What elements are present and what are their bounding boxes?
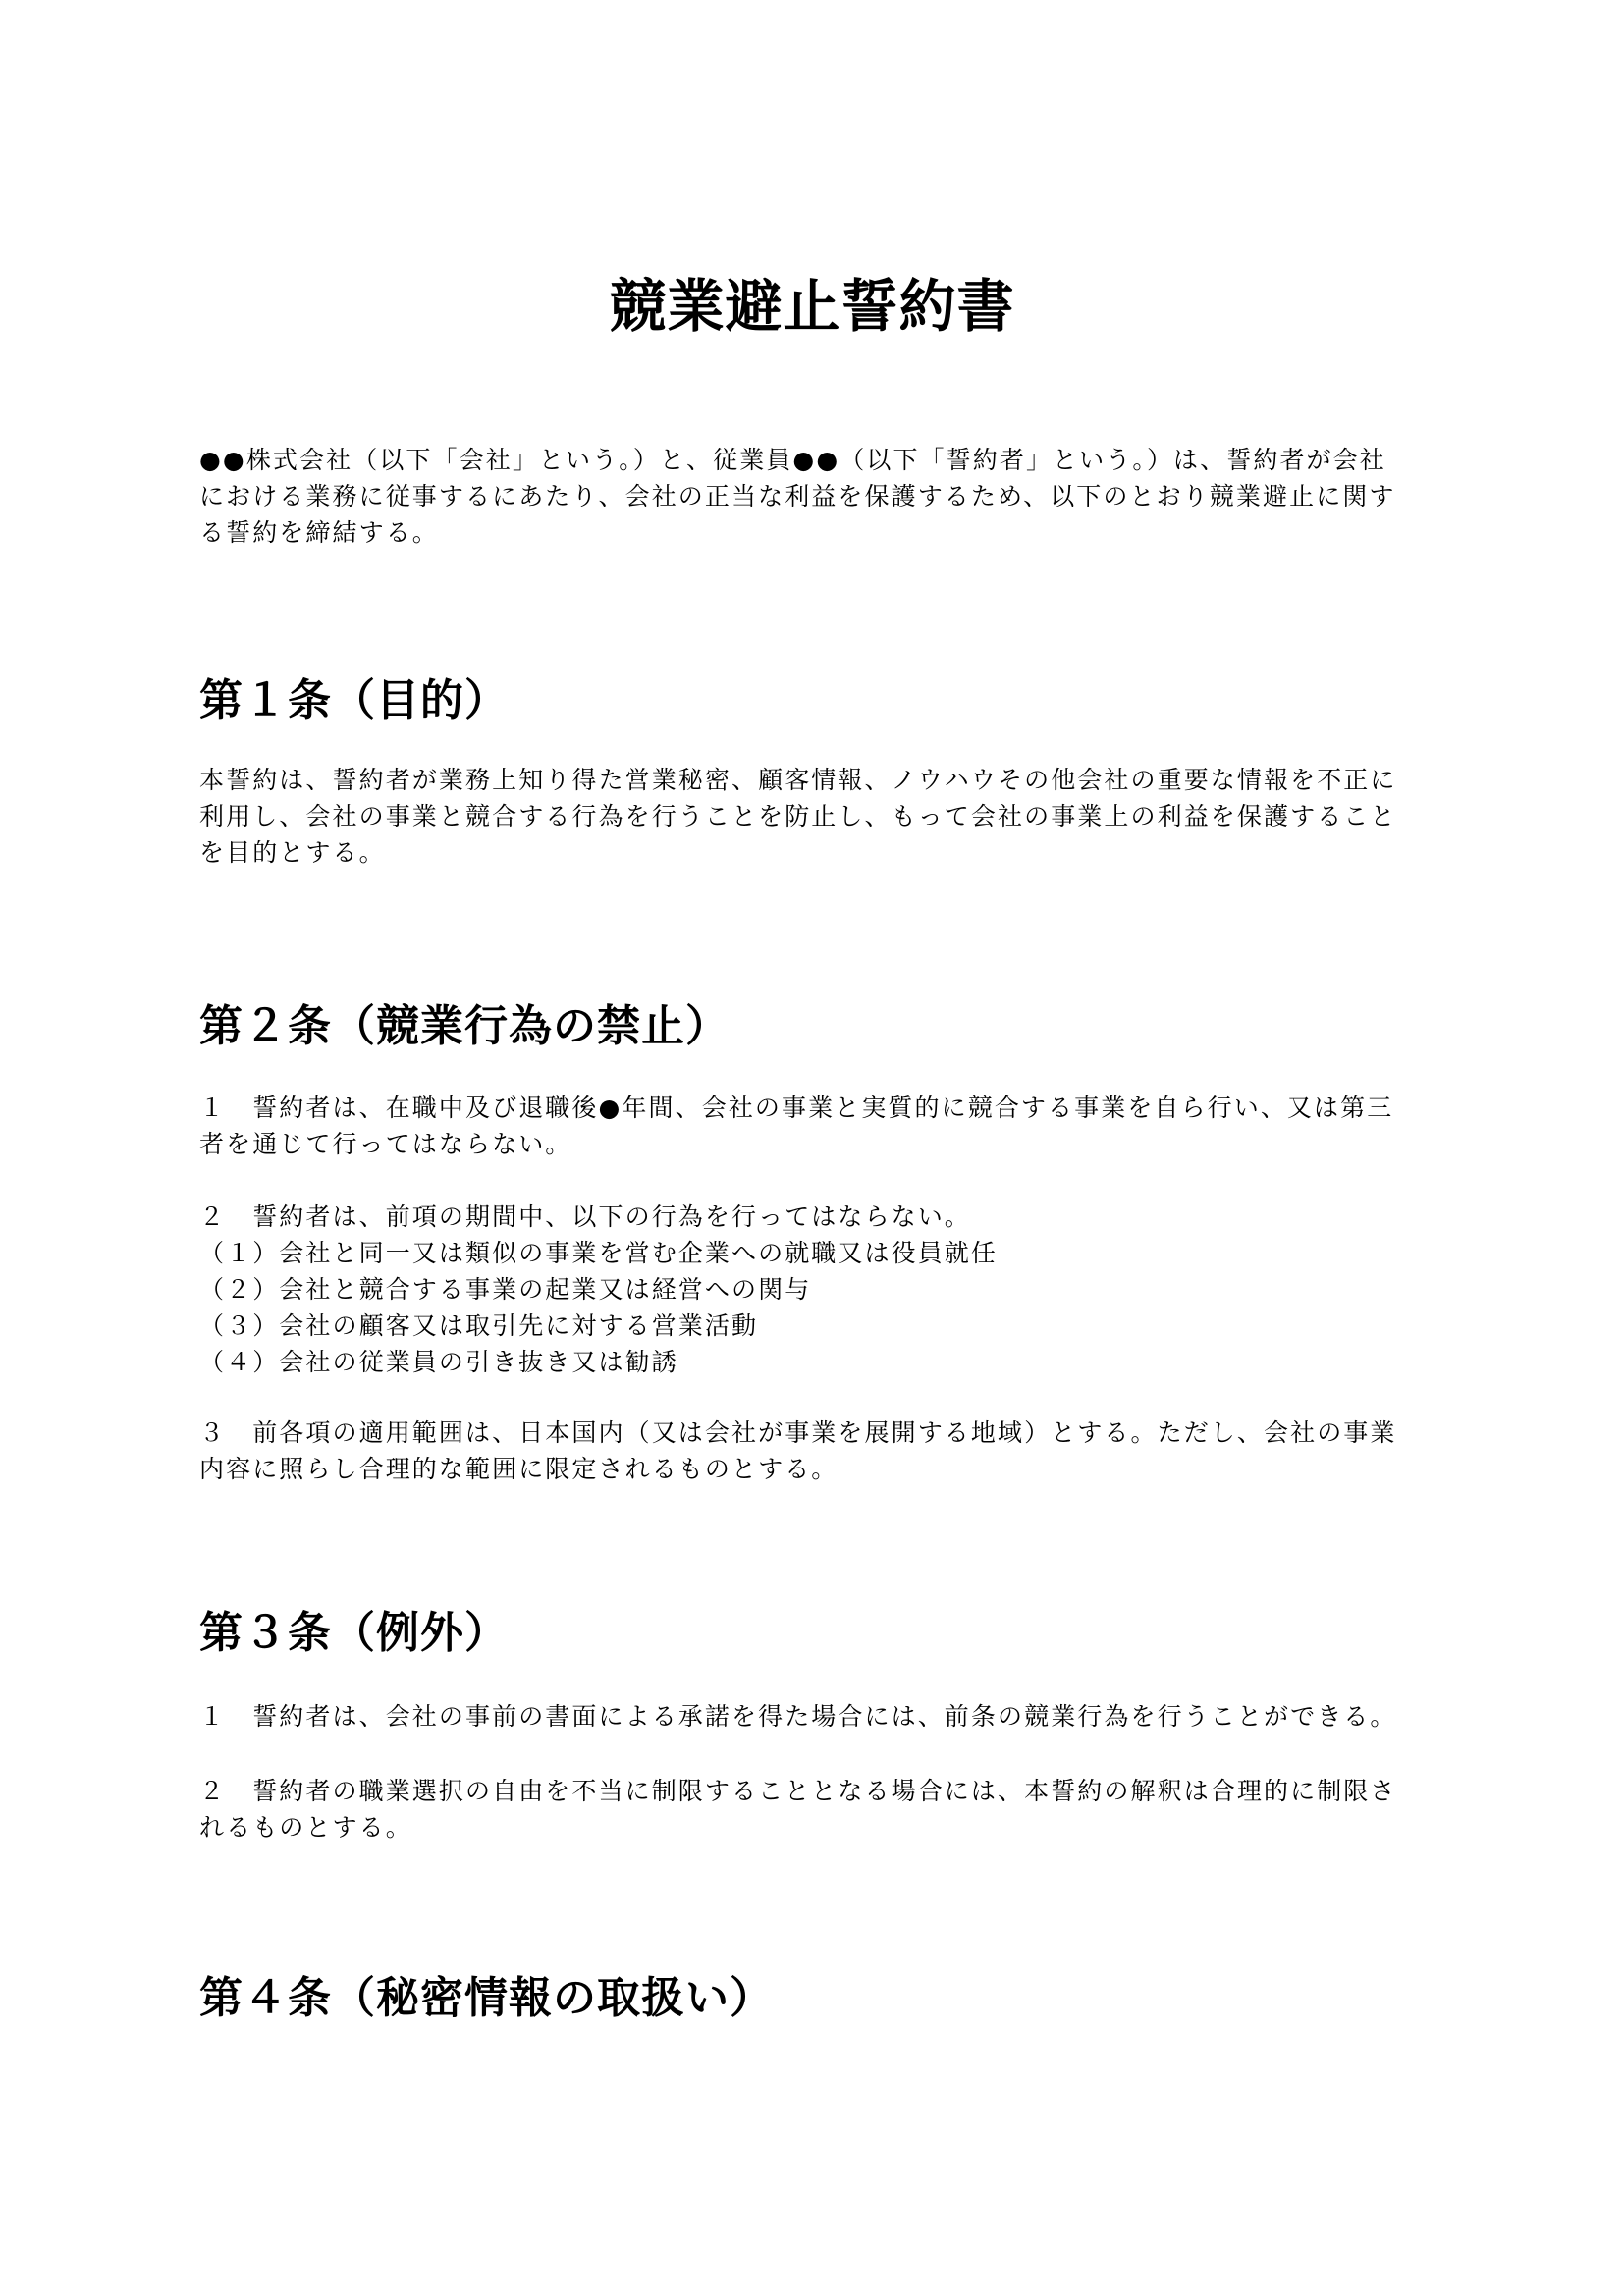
preamble-paragraph: ●●株式会社（以下「会社」という。）と、従業員●●（以下「誓約者」という。）は、… <box>199 442 1436 551</box>
article-2-paragraph-3: ３ 前各項の適用範囲は、日本国内（又は会社が事業を展開する地域）とする。ただし、… <box>199 1415 1436 1487</box>
article-2-paragraph-1: １ 誓約者は、在職中及び退職後●年間、会社の事業と実質的に競合する事業を自ら行い… <box>199 1090 1436 1162</box>
list-item: （４）会社の従業員の引き抜き又は勧誘 <box>199 1344 1436 1380</box>
article-1-heading: 第１条（目的） <box>199 671 509 730</box>
list-item: （３）会社の顧客又は取引先に対する営業活動 <box>199 1308 1436 1344</box>
article-2-heading: 第２条（競業行為の禁止） <box>199 997 730 1056</box>
article-4-heading: 第４条（秘密情報の取扱い） <box>199 1969 774 2028</box>
text-line: 利用し、会社の事業と競合する行為を行うことを防止し、もって会社の事業上の利益を保… <box>199 798 1436 834</box>
article-2-paragraph-2: ２ 誓約者は、前項の期間中、以下の行為を行ってはならない。 （１）会社と同一又は… <box>199 1199 1436 1380</box>
text-line: ●●株式会社（以下「会社」という。）と、従業員●●（以下「誓約者」という。）は、… <box>199 442 1436 478</box>
document-title: 競業避止誓約書 <box>0 267 1624 346</box>
article-3-paragraph-1: １ 誓約者は、会社の事前の書面による承諾を得た場合には、前条の競業行為を行うこと… <box>199 1698 1436 1735</box>
list-item: （１）会社と同一又は類似の事業を営む企業への就職又は役員就任 <box>199 1235 1436 1271</box>
text-line: ２ 誓約者の職業選択の自由を不当に制限することとなる場合には、本誓約の解釈は合理… <box>199 1773 1436 1809</box>
text-line: 内容に照らし合理的な範囲に限定されるものとする。 <box>199 1451 1436 1487</box>
text-line: １ 誓約者は、在職中及び退職後●年間、会社の事業と実質的に競合する事業を自ら行い… <box>199 1090 1436 1126</box>
text-line: における業務に従事するにあたり、会社の正当な利益を保護するため、以下のとおり競業… <box>199 478 1436 514</box>
text-line: ２ 誓約者は、前項の期間中、以下の行為を行ってはならない。 <box>199 1199 1436 1235</box>
article-1-paragraph: 本誓約は、誓約者が業務上知り得た営業秘密、顧客情報、ノウハウその他会社の重要な情… <box>199 762 1436 871</box>
text-line: １ 誓約者は、会社の事前の書面による承諾を得た場合には、前条の競業行為を行うこと… <box>199 1698 1436 1735</box>
article-3-heading: 第３条（例外） <box>199 1604 509 1663</box>
document-page: 競業避止誓約書 ●●株式会社（以下「会社」という。）と、従業員●●（以下「誓約者… <box>0 0 1624 2296</box>
text-line: 本誓約は、誓約者が業務上知り得た営業秘密、顧客情報、ノウハウその他会社の重要な情… <box>199 762 1436 798</box>
article-3-paragraph-2: ２ 誓約者の職業選択の自由を不当に制限することとなる場合には、本誓約の解釈は合理… <box>199 1773 1436 1845</box>
text-line: れるものとする。 <box>199 1809 1436 1845</box>
text-line: ３ 前各項の適用範囲は、日本国内（又は会社が事業を展開する地域）とする。ただし、… <box>199 1415 1436 1451</box>
text-line: る誓約を締結する。 <box>199 514 1436 551</box>
list-item: （２）会社と競合する事業の起業又は経営への関与 <box>199 1271 1436 1308</box>
text-line: 者を通じて行ってはならない。 <box>199 1126 1436 1162</box>
text-line: を目的とする。 <box>199 834 1436 871</box>
